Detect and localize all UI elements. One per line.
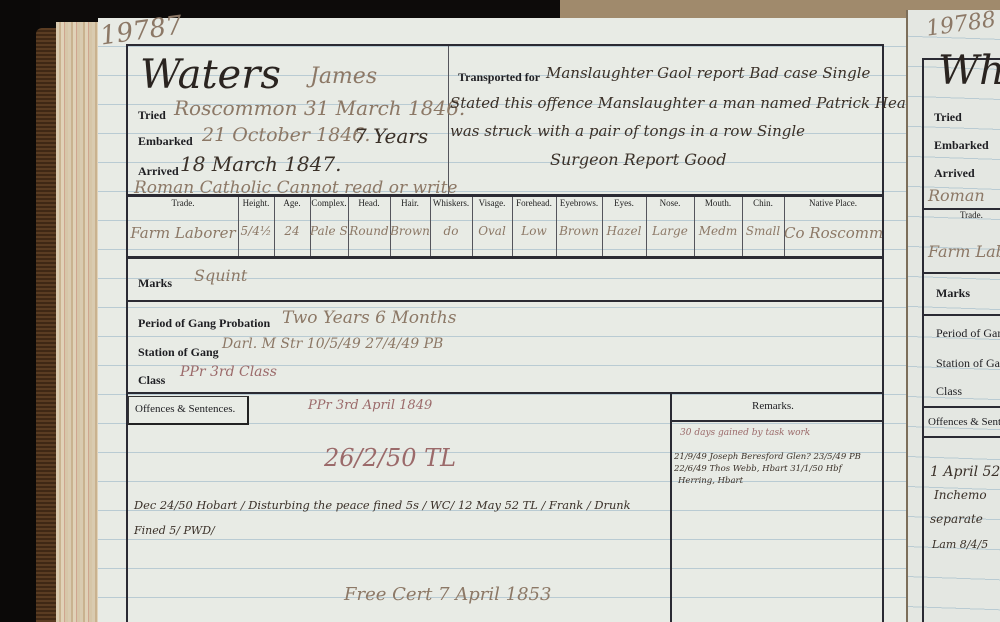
- tried-value: Roscommon 31 March 1846.: [174, 96, 465, 120]
- marks-rule: [128, 300, 882, 302]
- facing-frame-left: [922, 58, 924, 622]
- column-header-chin: Chin.: [742, 198, 784, 208]
- column-value-forehead: Low: [512, 224, 556, 238]
- column-header-mouth: Mouth.: [694, 198, 742, 208]
- class-value: PPr 3rd Class: [180, 364, 277, 380]
- remark-entry-4: Herring, Hbart: [678, 476, 743, 486]
- facing-class-rule: [924, 406, 1000, 408]
- sentence-value: 7 Years: [354, 124, 428, 148]
- column-value-chin: Small: [742, 224, 784, 238]
- embarked-label: Embarked: [138, 134, 193, 149]
- column-header-height: Height.: [238, 198, 274, 208]
- backdrop-dark: [0, 0, 40, 622]
- offence-entry-1: PPr 3rd April 1849: [308, 398, 432, 413]
- facing-offence-3: separate: [930, 512, 983, 526]
- column-value-visage: Oval: [472, 224, 512, 238]
- facing-marks-label: Marks: [936, 286, 970, 301]
- station-label: Station of Gang: [138, 345, 219, 360]
- column-header-visage: Visage.: [472, 198, 512, 208]
- probation-value: Two Years 6 Months: [282, 308, 456, 328]
- column-value-hair: Brown: [390, 224, 430, 238]
- facing-offence-4: Lam 8/4/5: [932, 538, 988, 551]
- offences-label: Offences & Sentences.: [135, 403, 235, 415]
- facing-offence-2: Inchemo: [934, 488, 987, 502]
- column-value-complex: Pale Sallow: [310, 224, 348, 238]
- offence-entry-4: Fined 5/ PWD/: [134, 524, 215, 537]
- facing-table-bottom: [924, 272, 1000, 274]
- transported-for-label: Transported for: [458, 70, 540, 85]
- embarked-value: 21 October 1846.: [202, 124, 370, 146]
- column-header-nose: Nose.: [646, 198, 694, 208]
- facing-trade-label: Trade.: [960, 210, 983, 220]
- column-value-nativeplace: Co Roscommon: [784, 224, 882, 242]
- class-label: Class: [138, 373, 165, 388]
- remark-entry-2: 21/9/49 Joseph Beresford Glen? 23/5/49 P…: [674, 452, 861, 462]
- column-value-whiskers: do: [430, 224, 472, 238]
- column-header-whiskers: Whiskers.: [430, 198, 472, 208]
- table-top-rule: [128, 194, 882, 197]
- class-rule: [128, 392, 882, 394]
- facing-class-label: Class: [936, 384, 962, 399]
- remarks-header-rule: [672, 420, 882, 422]
- remark-entry-3: 22/6/49 Thos Webb, Hbart 31/1/50 Hbf: [674, 464, 842, 474]
- facing-surname: Wh: [938, 48, 1000, 94]
- column-value-nose: Large: [646, 224, 694, 238]
- column-header-complex: Complex.: [310, 198, 348, 208]
- facing-embarked-label: Embarked: [934, 138, 989, 153]
- offences-header-box: Offences & Sentences.: [128, 396, 249, 425]
- column-value-trade: Farm Laborer: [128, 224, 238, 242]
- given-name: James: [310, 64, 377, 89]
- facing-page: 19788 Wh Tried Embarked Arrived Roman Tr…: [906, 10, 1000, 622]
- column-header-hair: Hair.: [390, 198, 430, 208]
- transported-line-4: Surgeon Report Good: [550, 150, 727, 169]
- remarks-label: Remarks.: [752, 400, 794, 412]
- facing-trade-value: Farm Labo: [928, 242, 1000, 261]
- column-header-head: Head.: [348, 198, 390, 208]
- column-value-head: Round: [348, 224, 390, 238]
- transported-line-3: was struck with a pair of tongs in a row…: [450, 122, 805, 140]
- transported-line-1: Manslaughter Gaol report Bad case Single: [546, 64, 870, 82]
- facing-probation-label: Period of Gang: [936, 326, 1000, 341]
- facing-religion: Roman: [928, 186, 985, 205]
- column-header-eyebrows: Eyebrows.: [556, 198, 602, 208]
- offence-entry-3: Dec 24/50 Hobart / Disturbing the peace …: [134, 498, 631, 512]
- frame-right: [882, 44, 884, 622]
- facing-marks-rule: [924, 314, 1000, 316]
- surname: Waters: [140, 52, 281, 98]
- facing-arrived-label: Arrived: [934, 166, 975, 181]
- table-bottom-rule: [128, 256, 882, 259]
- arrived-label: Arrived: [138, 164, 179, 179]
- transported-line-2: Stated this offence Manslaughter a man n…: [450, 94, 919, 112]
- column-value-height: 5/4½: [238, 224, 274, 238]
- arrived-value: 18 March 1847.: [180, 152, 341, 176]
- facing-station-label: Station of Gang: [936, 356, 1000, 371]
- marks-label: Marks: [138, 276, 172, 291]
- column-value-eyebrows: Brown: [556, 224, 602, 238]
- column-header-eyes: Eyes.: [602, 198, 646, 208]
- facing-offence-1: 1 April 52: [930, 464, 1000, 480]
- page-edges: [56, 22, 104, 622]
- column-header-trade: Trade.: [128, 198, 238, 208]
- column-value-mouth: Medm: [694, 224, 742, 238]
- facing-page-number: 19788: [925, 7, 998, 41]
- frame-top: [126, 44, 882, 46]
- column-header-nativeplace: Native Place.: [784, 198, 882, 208]
- column-value-eyes: Hazel: [602, 224, 646, 238]
- facing-offences-rule: [924, 436, 1000, 438]
- column-header-age: Age.: [274, 198, 310, 208]
- column-value-age: 24: [274, 224, 310, 238]
- tried-label: Tried: [138, 108, 166, 123]
- facing-tried-label: Tried: [934, 110, 962, 125]
- register-page: 19787 Waters James Tried Roscommon 31 Ma…: [98, 18, 906, 622]
- station-value: Darl. M Str 10/5/49 27/4/49 PB: [222, 336, 443, 352]
- remarks-divider: [670, 392, 672, 622]
- column-header-forehead: Forehead.: [512, 198, 556, 208]
- book-spine: [36, 28, 58, 622]
- facing-offences-label: Offences & Sentences: [928, 416, 1000, 428]
- header-divider: [448, 46, 449, 194]
- offence-entry-2: 26/2/50 TL: [324, 444, 456, 472]
- marks-value: Squint: [194, 266, 247, 285]
- remark-entry-1: 30 days gained by task work: [680, 428, 810, 438]
- frame-left: [126, 44, 128, 622]
- probation-label: Period of Gang Probation: [138, 316, 270, 331]
- free-certificate: Free Cert 7 April 1853: [344, 584, 551, 605]
